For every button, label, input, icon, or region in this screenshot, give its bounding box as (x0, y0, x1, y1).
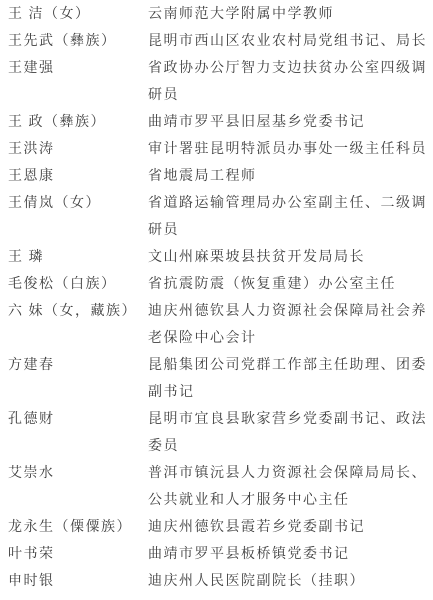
person-name: 方建春 (8, 352, 148, 379)
person-name: 王恩康 (8, 163, 148, 190)
person-name: 叶书荣 (8, 541, 148, 568)
person-name: 艾崇水 (8, 460, 148, 487)
person-title: 省政协办公厅智力支边扶贫办公室四级调研员 (148, 55, 433, 109)
person-name: 王倩岚（女） (8, 190, 148, 217)
person-title: 云南师范大学附属中学教师 (148, 1, 433, 28)
person-title: 审计署驻昆明特派员办事处一级主任科员 (148, 136, 433, 163)
person-title: 省道路运输管理局办公室副主任、二级调研员 (148, 190, 433, 244)
personnel-roster-page: 王 洁（女）云南师范大学附属中学教师王先武（彝族）昆明市西山区农业农村局党组书记… (0, 0, 433, 600)
person-name: 申时银 (8, 568, 148, 595)
list-item: 王洪涛审计署驻昆明特派员办事处一级主任科员 (8, 136, 433, 163)
roster-list: 王 洁（女）云南师范大学附属中学教师王先武（彝族）昆明市西山区农业农村局党组书记… (8, 1, 433, 595)
list-item: 毛俊松（白族）省抗震防震（恢复重建）办公室主任 (8, 271, 433, 298)
person-name: 王洪涛 (8, 136, 148, 163)
list-item: 申时银迪庆州人民医院副院长（挂职） (8, 568, 433, 595)
person-title: 迪庆州德钦县人力资源社会保障局社会养老保险中心会计 (148, 298, 433, 352)
list-item: 六 妹（女，藏族）迪庆州德钦县人力资源社会保障局社会养老保险中心会计 (8, 298, 433, 352)
person-name: 王先武（彝族） (8, 28, 148, 55)
list-item: 叶书荣曲靖市罗平县板桥镇党委书记 (8, 541, 433, 568)
list-item: 龙永生（傈僳族）迪庆州德钦县霞若乡党委副书记 (8, 514, 433, 541)
list-item: 孔德财昆明市宜良县耿家营乡党委副书记、政法委员 (8, 406, 433, 460)
person-name: 孔德财 (8, 406, 148, 433)
person-name: 龙永生（傈僳族） (8, 514, 148, 541)
list-item: 王先武（彝族）昆明市西山区农业农村局党组书记、局长 (8, 28, 433, 55)
list-item: 王建强省政协办公厅智力支边扶贫办公室四级调研员 (8, 55, 433, 109)
person-name: 王 洁（女） (8, 1, 148, 28)
list-item: 王 璘文山州麻栗坡县扶贫开发局局长 (8, 244, 433, 271)
person-title: 省地震局工程师 (148, 163, 433, 190)
person-title: 昆船集团公司党群工作部主任助理、团委副书记 (148, 352, 433, 406)
person-title: 曲靖市罗平县板桥镇党委书记 (148, 541, 433, 568)
person-title: 普洱市镇沅县人力资源社会保障局局长、公共就业和人才服务中心主任 (148, 460, 433, 514)
list-item: 艾崇水普洱市镇沅县人力资源社会保障局局长、公共就业和人才服务中心主任 (8, 460, 433, 514)
person-title: 昆明市西山区农业农村局党组书记、局长 (148, 28, 433, 55)
person-name: 王 政（彝族） (8, 109, 148, 136)
list-item: 王 洁（女）云南师范大学附属中学教师 (8, 1, 433, 28)
person-name: 王 璘 (8, 244, 148, 271)
list-item: 王倩岚（女）省道路运输管理局办公室副主任、二级调研员 (8, 190, 433, 244)
person-title: 迪庆州人民医院副院长（挂职） (148, 568, 433, 595)
list-item: 王恩康省地震局工程师 (8, 163, 433, 190)
person-title: 曲靖市罗平县旧屋基乡党委书记 (148, 109, 433, 136)
list-item: 王 政（彝族）曲靖市罗平县旧屋基乡党委书记 (8, 109, 433, 136)
person-name: 毛俊松（白族） (8, 271, 148, 298)
list-item: 方建春昆船集团公司党群工作部主任助理、团委副书记 (8, 352, 433, 406)
person-name: 六 妹（女，藏族） (8, 298, 148, 325)
person-title: 昆明市宜良县耿家营乡党委副书记、政法委员 (148, 406, 433, 460)
person-title: 省抗震防震（恢复重建）办公室主任 (148, 271, 433, 298)
person-name: 王建强 (8, 55, 148, 82)
person-title: 文山州麻栗坡县扶贫开发局局长 (148, 244, 433, 271)
person-title: 迪庆州德钦县霞若乡党委副书记 (148, 514, 433, 541)
